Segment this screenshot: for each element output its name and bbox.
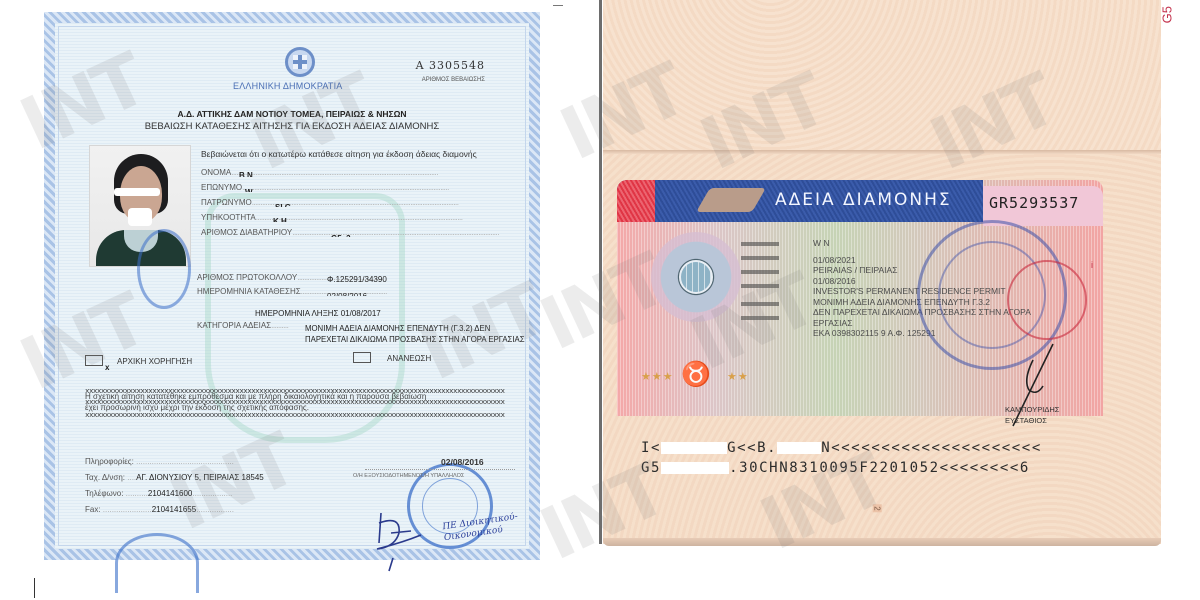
field-permit-category: ΚΑΤΗΓΟΡΙΑ ΑΔΕΙΑΣ..........: [197, 321, 297, 330]
vignette-field-labels: [741, 242, 805, 330]
issuing-official: ΚΑΜΠΟΥΡΙΔΗΣ ΕΥΣΤΑΘΙΟΣ: [1005, 404, 1059, 426]
fax-row: Fax: ......................2104141655...…: [85, 505, 234, 514]
red-stamp-icon: [1007, 260, 1087, 340]
renewal-checkbox[interactable]: [353, 352, 371, 363]
phone-row: Τηλέφωνο: ..........2104141600..........…: [85, 489, 232, 498]
page-number: 2: [873, 504, 882, 512]
permit-category-value: ΜΟΝΙΜΗ ΑΔΕΙΑ ΔΙΑΜΟΝΗΣ ΕΠΕΝΔΥΤΗ (Γ.3.2) Δ…: [305, 323, 535, 345]
stars-icon: ★★: [727, 370, 749, 383]
field-submission-date: ΗΜΕΡΟΜΗΝΙΑ ΚΑΤΑΘΕΣΗΣ....................…: [197, 287, 397, 296]
passport-page-serial: G5: [1159, 6, 1174, 23]
certificate-number: Α 3305548: [416, 59, 485, 72]
info-row: Πληροφορίες: ...........................…: [85, 457, 234, 466]
address-row: Ταχ. Δ/νση: ....ΑΓ. ΔΙΟΝΥΣΙΟΥ 5, ΠΕΙΡΑΙΑ…: [85, 473, 264, 482]
passport-page: G5 ΑΔΕΙΑ ΔΙΑΜΟΝΗΣ GR5293537 ★★★ ♉ ★★ W N…: [603, 0, 1161, 548]
initial-grant-label: ΑΡΧΙΚΗ ΧΟΡΗΓΗΣΗ: [117, 357, 192, 366]
globe-icon: [679, 260, 713, 294]
field-name: ΟΝΟΜΑ...................................…: [201, 168, 515, 177]
stars-icon: ★★★: [641, 370, 674, 383]
bull-icon: ♉: [681, 360, 711, 389]
mrz-line-2: G5.30CHN8310095F2201052<<<<<<<<6: [641, 460, 1030, 476]
stamp-icon: [137, 229, 191, 309]
stamp-partial-icon: [115, 533, 199, 593]
signature-label: Ο/Η ΕΞΟΥΣΙΟΔΟΤΗΜΕΝΟΣ/Η ΥΠΑΛΛΗΛΟΣ: [353, 473, 464, 479]
signature-icon: [371, 503, 431, 573]
signature-date: 02/08/2016: [441, 457, 484, 467]
mrz-line-1: I<G<<B.N<<<<<<<<<<<<<<<<<<<<<: [641, 440, 1042, 456]
greek-coat-of-arms-icon: [285, 47, 315, 77]
passport-upper-page: [603, 0, 1161, 150]
vignette-title: ΑΔΕΙΑ ΔΙΑΜΟΝΗΣ: [775, 190, 952, 210]
intro-statement: Βεβαιώνεται ότι ο κατωτέρω κατάθεσε αίτη…: [201, 149, 477, 159]
issuing-authority: Α.Δ. ΑΤΤΙΚΗΣ ΔΑΜ ΝΟΤΙΟΥ ΤΟΜΕΑ, ΠΕΙΡΑΙΩΣ …: [55, 109, 529, 119]
field-protocol-number: ΑΡΙΘΜΟΣ ΠΡΩΤΟΚΟΛΛΟΥ.....................…: [197, 273, 397, 282]
vignette-number: GR5293537: [989, 194, 1079, 212]
certificate-number-label: ΑΡΙΘΜΟΣ ΒΕΒΑΙΩΣΗΣ: [422, 77, 485, 83]
text-cursor: [34, 578, 35, 598]
checkbox-x-mark: x: [105, 363, 109, 372]
initial-grant-checkbox[interactable]: [85, 355, 103, 366]
field-passport-number: ΑΡΙΘΜΟΣ ΔΙΑΒΑΤΗΡΙΟΥ.....................…: [201, 228, 515, 237]
field-father-name: ΠΑΤΡΩΝΥΜΟ...............................…: [201, 198, 515, 207]
country-name: ΕΛΛΗΝΙΚΗ ΔΗΜΟΚΡΑΤΙΑ: [233, 81, 343, 91]
document-title: ΒΕΒΑΙΩΣΗ ΚΑΤΑΘΕΣΗΣ ΑΙΤΗΣΗΣ ΓΙΑ ΕΚΔΟΣΗ ΑΔ…: [55, 121, 529, 132]
renewal-label: ΑΝΑΝΕΩΣΗ: [387, 354, 431, 363]
expiry-date: ΗΜΕΡΟΜΗΝΙΑ ΛΗΞΗΣ 01/08/2017: [255, 309, 381, 318]
info-mark-icon: i: [1091, 260, 1093, 270]
field-surname: ΕΠΩΝΥΜΟ.................................…: [201, 183, 515, 192]
field-nationality: ΥΠΗΚΟΟΤΗΤΑ..............................…: [201, 213, 515, 222]
residence-application-certificate: ΕΛΛΗΝΙΚΗ ΔΗΜΟΚΡΑΤΙΑ Α 3305548 ΑΡΙΘΜΟΣ ΒΕ…: [44, 12, 540, 560]
